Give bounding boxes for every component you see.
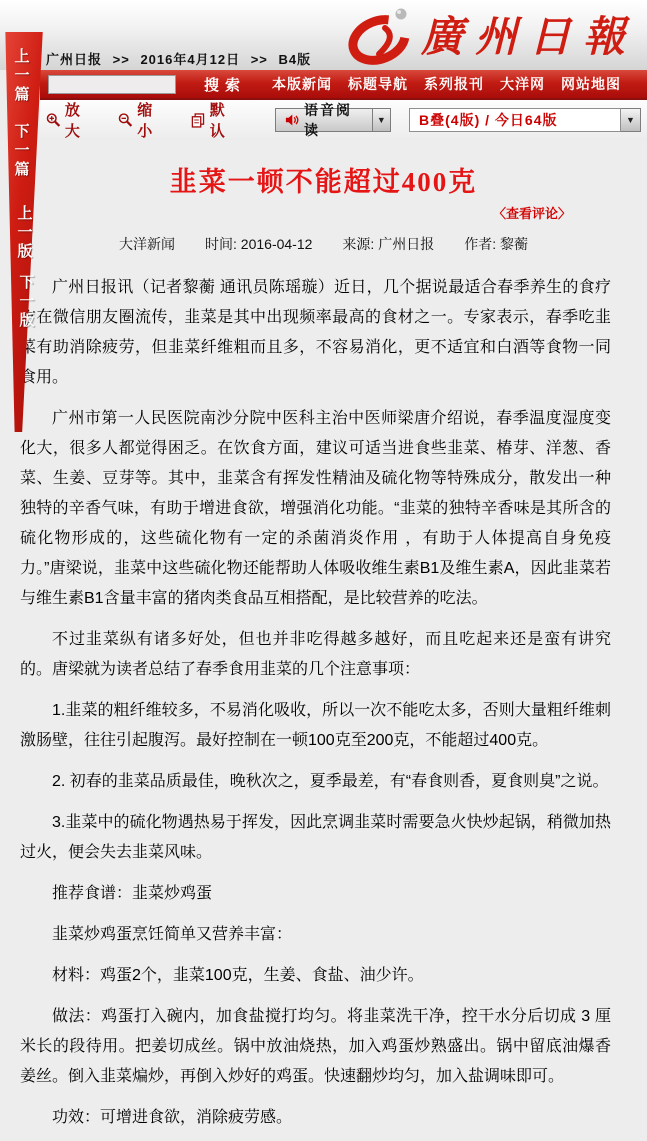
- header: 廣州日報 广州日报 >> 2016年4月12日 >> B4版: [0, 0, 647, 70]
- meta-time: 时间: 2016-04-12: [205, 234, 312, 254]
- ribbon-nav-item[interactable]: 上一篇: [11, 48, 32, 105]
- breadcrumb-link-paper[interactable]: 广州日报: [46, 52, 102, 67]
- article-paragraph: 广州日报讯（记者黎蘅 通讯员陈瑶璇）近日，几个据说最适合春季养生的食疗方在微信朋…: [20, 273, 611, 393]
- ribbon-nav-item[interactable]: 下一篇: [11, 123, 32, 180]
- voice-reading-button[interactable]: 语音阅读: [275, 108, 372, 132]
- side-ribbon-nav: 上一篇 下一篇 上一版 下一版: [2, 32, 44, 432]
- meta-origin: 来源: 广州日报: [342, 234, 434, 254]
- article-paragraph: 韭菜炒鸡蛋烹饪简单又营养丰富：: [20, 920, 611, 950]
- article-paragraph: 功效：可增进食欲，消除疲劳感。: [20, 1103, 611, 1133]
- breadcrumb-separator: >>: [113, 52, 130, 67]
- voice-reading-label: 语音阅读: [304, 100, 363, 140]
- svg-text:廣州日報: 廣州日報: [420, 14, 637, 61]
- breadcrumb-link-date[interactable]: 2016年4月12日: [140, 52, 240, 67]
- chevron-down-icon: ▼: [626, 115, 635, 125]
- navbar-link[interactable]: 标题导航: [348, 74, 408, 94]
- zoom-in-label: 放大: [65, 99, 97, 141]
- navbar-link[interactable]: 网站地图: [561, 74, 621, 94]
- article-paragraph: 广州市第一人民医院南沙分院中医科主治中医师梁唐介绍说，春季温度湿度变化大，很多人…: [20, 404, 611, 614]
- chevron-down-icon: ▼: [377, 115, 386, 125]
- article-body: 广州日报讯（记者黎蘅 通讯员陈瑶璇）近日，几个据说最适合春季养生的食疗方在微信朋…: [0, 254, 647, 1133]
- article-paragraph: 2. 初春的韭菜品质最佳，晚秋次之，夏季最差，有“春食则香，夏食则臭”之说。: [20, 767, 611, 797]
- ribbon-nav-item[interactable]: 下一版: [16, 274, 37, 331]
- zoom-out-label: 缩小: [137, 99, 169, 141]
- search-input[interactable]: [48, 75, 176, 94]
- navbar-link[interactable]: 大洋网: [500, 74, 545, 94]
- article-paragraph: 不过韭菜纵有诸多好处，但也并非吃得越多越好，而且吃起来还是蛮有讲究的。唐梁就为读…: [20, 625, 611, 685]
- edition-select-value[interactable]: B叠(4版) / 今日64版: [409, 108, 621, 132]
- default-size-label: 默认: [210, 99, 242, 141]
- navbar-link[interactable]: 系列报刊: [424, 74, 484, 94]
- speaker-icon: [285, 113, 299, 127]
- magnifier-minus-icon: [118, 112, 133, 128]
- navbar: 搜索 本版新闻 标题导航 系列报刊 大洋网 网站地图: [40, 70, 647, 100]
- document-icon: [191, 112, 206, 128]
- breadcrumb-link-page[interactable]: B4版: [279, 52, 312, 67]
- ribbon-nav-item[interactable]: 上一版: [14, 205, 35, 262]
- default-size-button[interactable]: 默认: [191, 99, 241, 141]
- article-paragraph: 3.韭菜中的硫化物遇热易于挥发，因此烹调韭菜时需要急火快炒起锅，稍微加热过火，便…: [20, 808, 611, 868]
- voice-reading-control: 语音阅读 ▼: [275, 108, 391, 132]
- edition-dropdown-arrow[interactable]: ▼: [621, 108, 641, 132]
- side-ribbon-items: 上一篇 下一篇 上一版 下一版: [2, 32, 44, 331]
- zoom-out-button[interactable]: 缩小: [118, 99, 168, 141]
- article-paragraph: 做法：鸡蛋打入碗内，加食盐搅打均匀。将韭菜洗干净，控干水分后切成 3 厘米长的段…: [20, 1002, 611, 1092]
- navbar-link[interactable]: 本版新闻: [272, 74, 332, 94]
- article-paragraph: 1.韭菜的粗纤维较多，不易消化吸收，所以一次不能吃太多，否则大量粗纤维刺激肠壁，…: [20, 696, 611, 756]
- article-title: 韭菜一顿不能超过400克: [0, 160, 647, 199]
- breadcrumb: 广州日报 >> 2016年4月12日 >> B4版: [46, 49, 311, 68]
- magnifier-plus-icon: [46, 112, 61, 128]
- breadcrumb-separator: >>: [251, 52, 268, 67]
- meta-source-site: 大洋新闻: [119, 234, 175, 254]
- navbar-links: 本版新闻 标题导航 系列报刊 大洋网 网站地图: [272, 74, 637, 94]
- newspaper-logo[interactable]: 廣州日報: [341, 4, 641, 71]
- voice-dropdown-arrow[interactable]: ▼: [373, 108, 391, 132]
- meta-author: 作者: 黎蘅: [464, 234, 528, 254]
- article-paragraph: 推荐食谱：韭菜炒鸡蛋: [20, 879, 611, 909]
- article-meta: 大洋新闻 时间: 2016-04-12 来源: 广州日报 作者: 黎蘅: [0, 234, 647, 254]
- search-button[interactable]: 搜索: [204, 74, 246, 95]
- toolbar: 放大 缩小 默认: [40, 100, 647, 140]
- article-paragraph: 材料：鸡蛋2个，韭菜100克，生姜、食盐、油少许。: [20, 961, 611, 991]
- view-comments-link[interactable]: 〈查看评论〉: [0, 203, 647, 222]
- newspaper-logo-icon: 廣州日報: [341, 4, 641, 66]
- edition-select: B叠(4版) / 今日64版 ▼: [409, 108, 641, 132]
- page: 上一篇 下一篇 上一版 下一版 廣州日報 广州日报 >> 2016年4月12日 …: [0, 0, 647, 1141]
- zoom-in-button[interactable]: 放大: [46, 99, 96, 141]
